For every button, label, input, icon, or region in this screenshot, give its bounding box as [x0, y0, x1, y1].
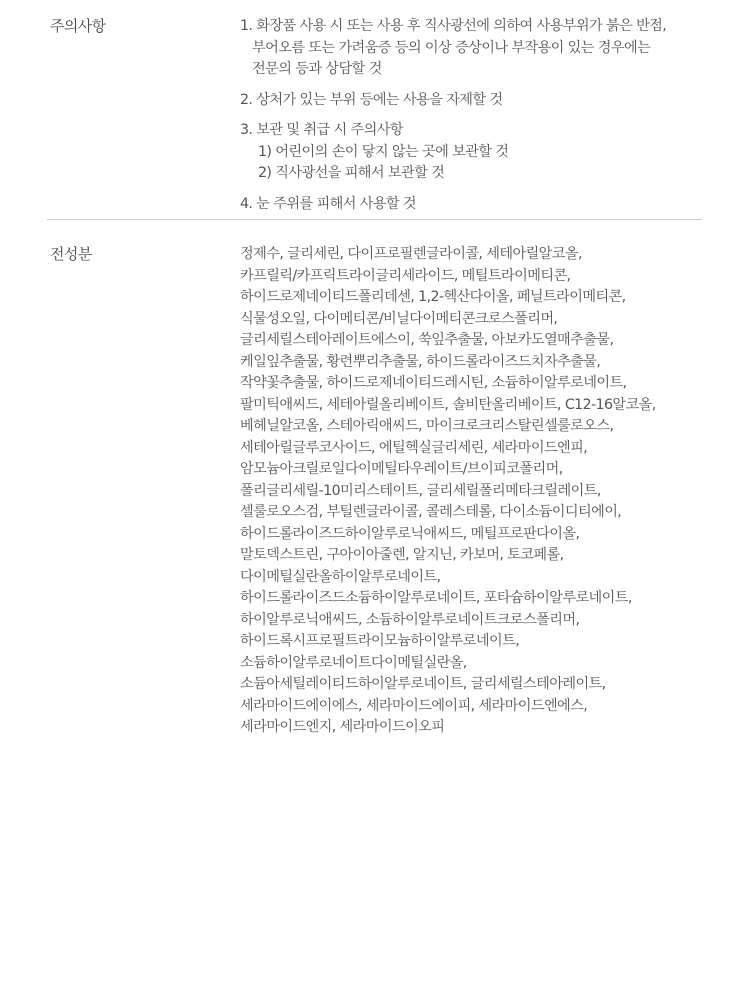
ingredients-line: 셀룰로오스검, 부틸렌글라이콜, 콜레스테롤, 다이소듐이디티에이, [240, 502, 710, 524]
caution-item-1: 1. 화장품 사용 시 또는 사용 후 직사광선에 의하여 사용부위가 붉은 반… [240, 16, 710, 81]
caution-subitem-text: 2) 직사광선을 피해서 보관할 것 [240, 163, 710, 185]
ingredients-line: 다이메틸실란올하이알루로네이트, [240, 567, 710, 589]
ingredients-line: 하이드롤라이즈드소듐하이알루로네이트, 포타슘하이알루로네이트, [240, 588, 710, 610]
ingredients-line: 베헤닐알코올, 스테아릭애씨드, 마이크로크리스탈린셀룰로오스, [240, 416, 710, 438]
ingredients-label: 전성분 [50, 244, 92, 265]
ingredients-line: 말토덱스트린, 구아이아줄렌, 알지닌, 카보머, 토코페롤, [240, 545, 710, 567]
caution-item-2: 2. 상처가 있는 부위 등에는 사용을 자제할 것 [240, 90, 710, 112]
ingredients-line: 하이드록시프로필트라이모늄하이알루로네이트, [240, 631, 710, 653]
ingredients-line: 케일잎추출물, 황련뿌리추출물, 하이드롤라이즈드치자추출물, [240, 352, 710, 374]
ingredients-line: 하이드로제네이티드폴리데센, 1,2-헥산다이올, 페닐트라이메티콘, [240, 287, 710, 309]
ingredients-line: 카프릴릭/카프릭트라이글리세라이드, 메틸트라이메티콘, [240, 266, 710, 288]
caution-item-text: 1. 화장품 사용 시 또는 사용 후 직사광선에 의하여 사용부위가 붉은 반… [240, 16, 710, 38]
caution-item-text: 3. 보관 및 취급 시 주의사항 [240, 120, 710, 142]
ingredients-line: 소듐하이알루로네이트다이메틸실란올, [240, 653, 710, 675]
caution-item-text: 2. 상처가 있는 부위 등에는 사용을 자제할 것 [240, 90, 710, 112]
ingredients-line: 세테아릴글루코사이드, 에틸헥실글리세린, 세라마이드엔피, [240, 438, 710, 460]
section-divider [47, 219, 702, 220]
ingredients-line: 소듐아세틸레이티드하이알루로네이트, 글리세릴스테아레이트, [240, 674, 710, 696]
ingredients-line: 팔미틱애씨드, 세테아릴올리베이트, 솔비탄올리베이트, C12-16알코올, [240, 395, 710, 417]
ingredients-line: 암모늄아크릴로일다이메틸타우레이트/브이피코폴리머, [240, 459, 710, 481]
caution-list: 1. 화장품 사용 시 또는 사용 후 직사광선에 의하여 사용부위가 붉은 반… [240, 16, 710, 224]
ingredients-line: 하이알루로닉애씨드, 소듐하이알루로네이트크로스폴리머, [240, 610, 710, 632]
ingredients-line: 식물성오일, 다이메티콘/비닐다이메티콘크로스폴리머, [240, 309, 710, 331]
caution-subitem-text: 1) 어린이의 손이 닿지 않는 곳에 보관할 것 [240, 142, 710, 164]
caution-item-4: 4. 눈 주위를 피해서 사용할 것 [240, 194, 710, 216]
ingredients-line: 글리세릴스테아레이트에스이, 쑥잎추출물, 아보카도열매추출물, [240, 330, 710, 352]
ingredients-line: 세라마이드엔지, 세라마이드이오피 [240, 717, 710, 739]
ingredients-line: 정제수, 글리세린, 다이프로필렌글라이콜, 세테아릴알코올, [240, 244, 710, 266]
ingredients-list: 정제수, 글리세린, 다이프로필렌글라이콜, 세테아릴알코올, 카프릴릭/카프릭… [240, 244, 710, 739]
caution-label: 주의사항 [50, 16, 106, 37]
caution-item-3: 3. 보관 및 취급 시 주의사항 1) 어린이의 손이 닿지 않는 곳에 보관… [240, 120, 710, 185]
caution-item-text: 전문의 등과 상담할 것 [240, 59, 710, 81]
ingredients-line: 세라마이드에이에스, 세라마이드에이피, 세라마이드엔에스, [240, 696, 710, 718]
caution-item-text: 4. 눈 주위를 피해서 사용할 것 [240, 194, 710, 216]
caution-item-text: 부어오름 또는 가려움증 등의 이상 증상이나 부작용이 있는 경우에는 [240, 38, 710, 60]
ingredients-line: 폴리글리세릴-10미리스테이트, 글리세릴폴리메타크릴레이트, [240, 481, 710, 503]
ingredients-line: 작약꽃추출물, 하이드로제네이티드레시틴, 소듐하이알루로네이트, [240, 373, 710, 395]
ingredients-line: 하이드롤라이즈드하이알루로닉애씨드, 메틸프로판다이올, [240, 524, 710, 546]
